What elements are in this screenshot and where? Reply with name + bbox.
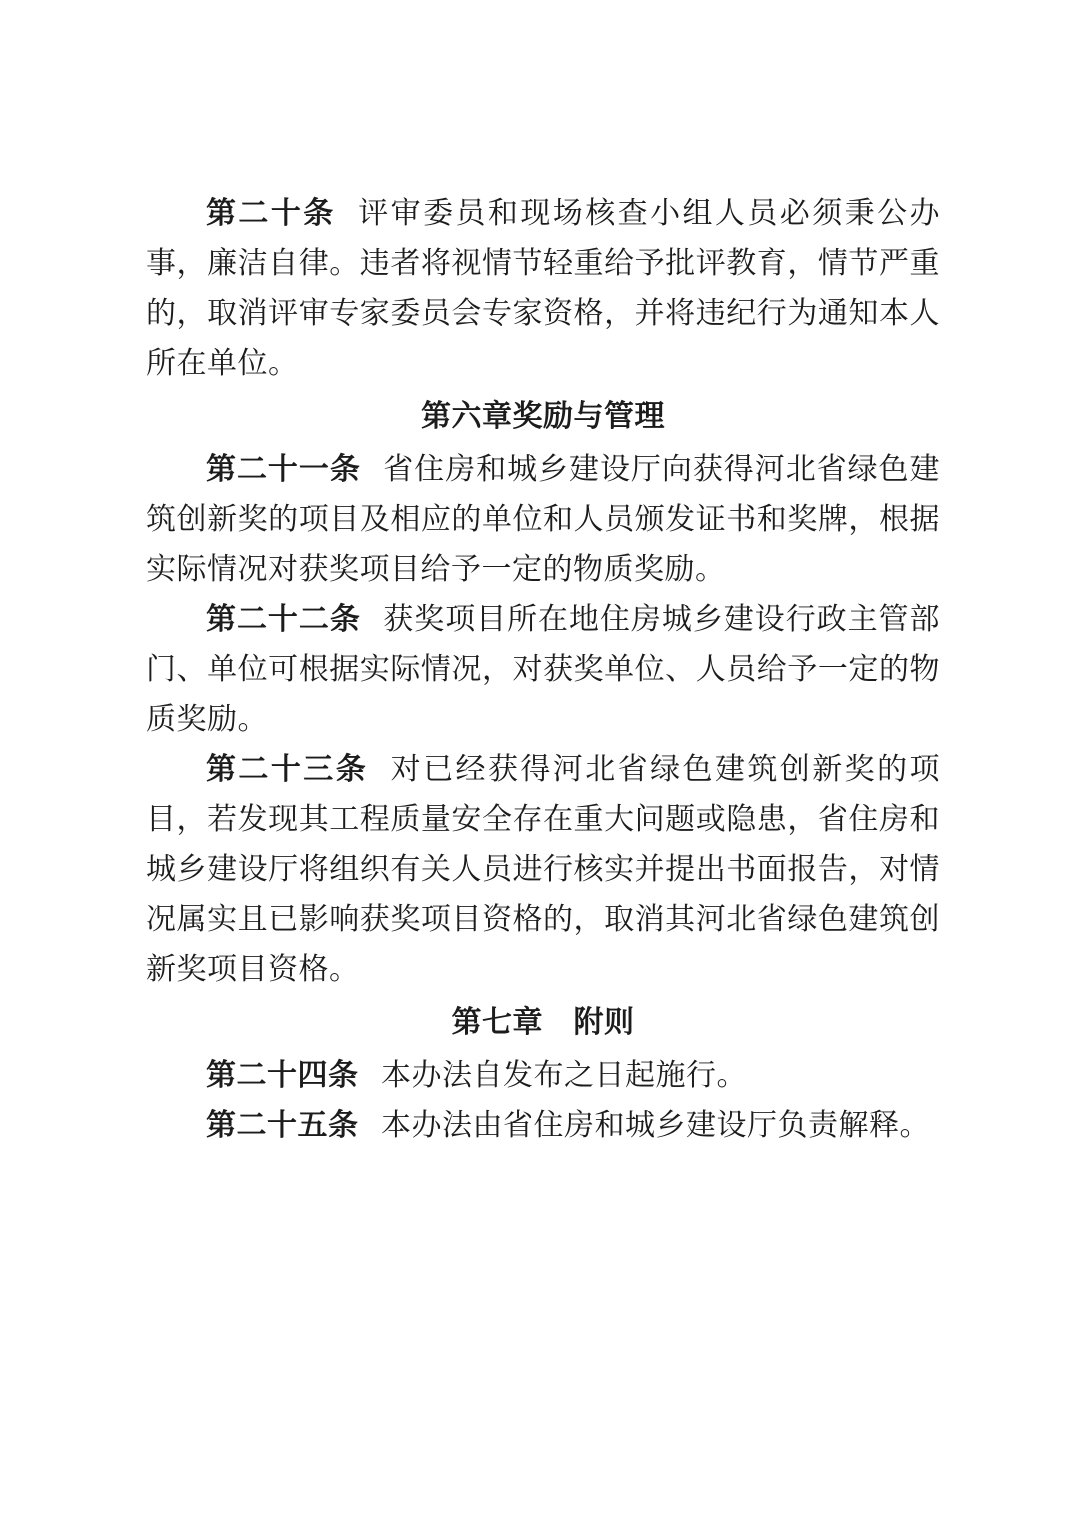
article-paragraph: 第二十五条本办法由省住房和城乡建设厅负责解释。 (146, 1101, 940, 1151)
chapter-heading: 第七章 附则 (146, 998, 940, 1048)
article-number: 第二十二条 (206, 603, 361, 636)
article-paragraph: 第二十三条对已经获得河北省绿色建筑创新奖的项目，若发现其工程质量安全存在重大问题… (146, 745, 940, 995)
article-number: 第二十三条 (206, 753, 368, 786)
document-content: 第二十条评审委员和现场核查小组人员必须秉公办事，廉洁自律。违者将视情节轻重给予批… (146, 189, 940, 1151)
chapter-heading: 第六章奖励与管理 (146, 392, 940, 442)
article-paragraph: 第二十四条本办法自发布之日起施行。 (146, 1051, 940, 1101)
document-page: 第二十条评审委员和现场核查小组人员必须秉公办事，廉洁自律。违者将视情节轻重给予批… (0, 0, 1080, 1527)
article-number: 第二十五条 (206, 1109, 359, 1142)
article-text: 本办法由省住房和城乡建设厅负责解释。 (381, 1109, 930, 1142)
article-paragraph: 第二十条评审委员和现场核查小组人员必须秉公办事，廉洁自律。违者将视情节轻重给予批… (146, 189, 940, 389)
article-number: 第二十条 (206, 197, 336, 230)
article-paragraph: 第二十一条省住房和城乡建设厅向获得河北省绿色建筑创新奖的项目及相应的单位和人员颁… (146, 445, 940, 595)
article-text: 对已经获得河北省绿色建筑创新奖的项目，若发现其工程质量安全存在重大问题或隐患，省… (146, 753, 940, 986)
article-text: 本办法自发布之日起施行。 (381, 1059, 747, 1092)
article-paragraph: 第二十二条获奖项目所在地住房城乡建设行政主管部门、单位可根据实际情况，对获奖单位… (146, 595, 940, 745)
article-number: 第二十一条 (206, 453, 361, 486)
article-number: 第二十四条 (206, 1059, 359, 1092)
